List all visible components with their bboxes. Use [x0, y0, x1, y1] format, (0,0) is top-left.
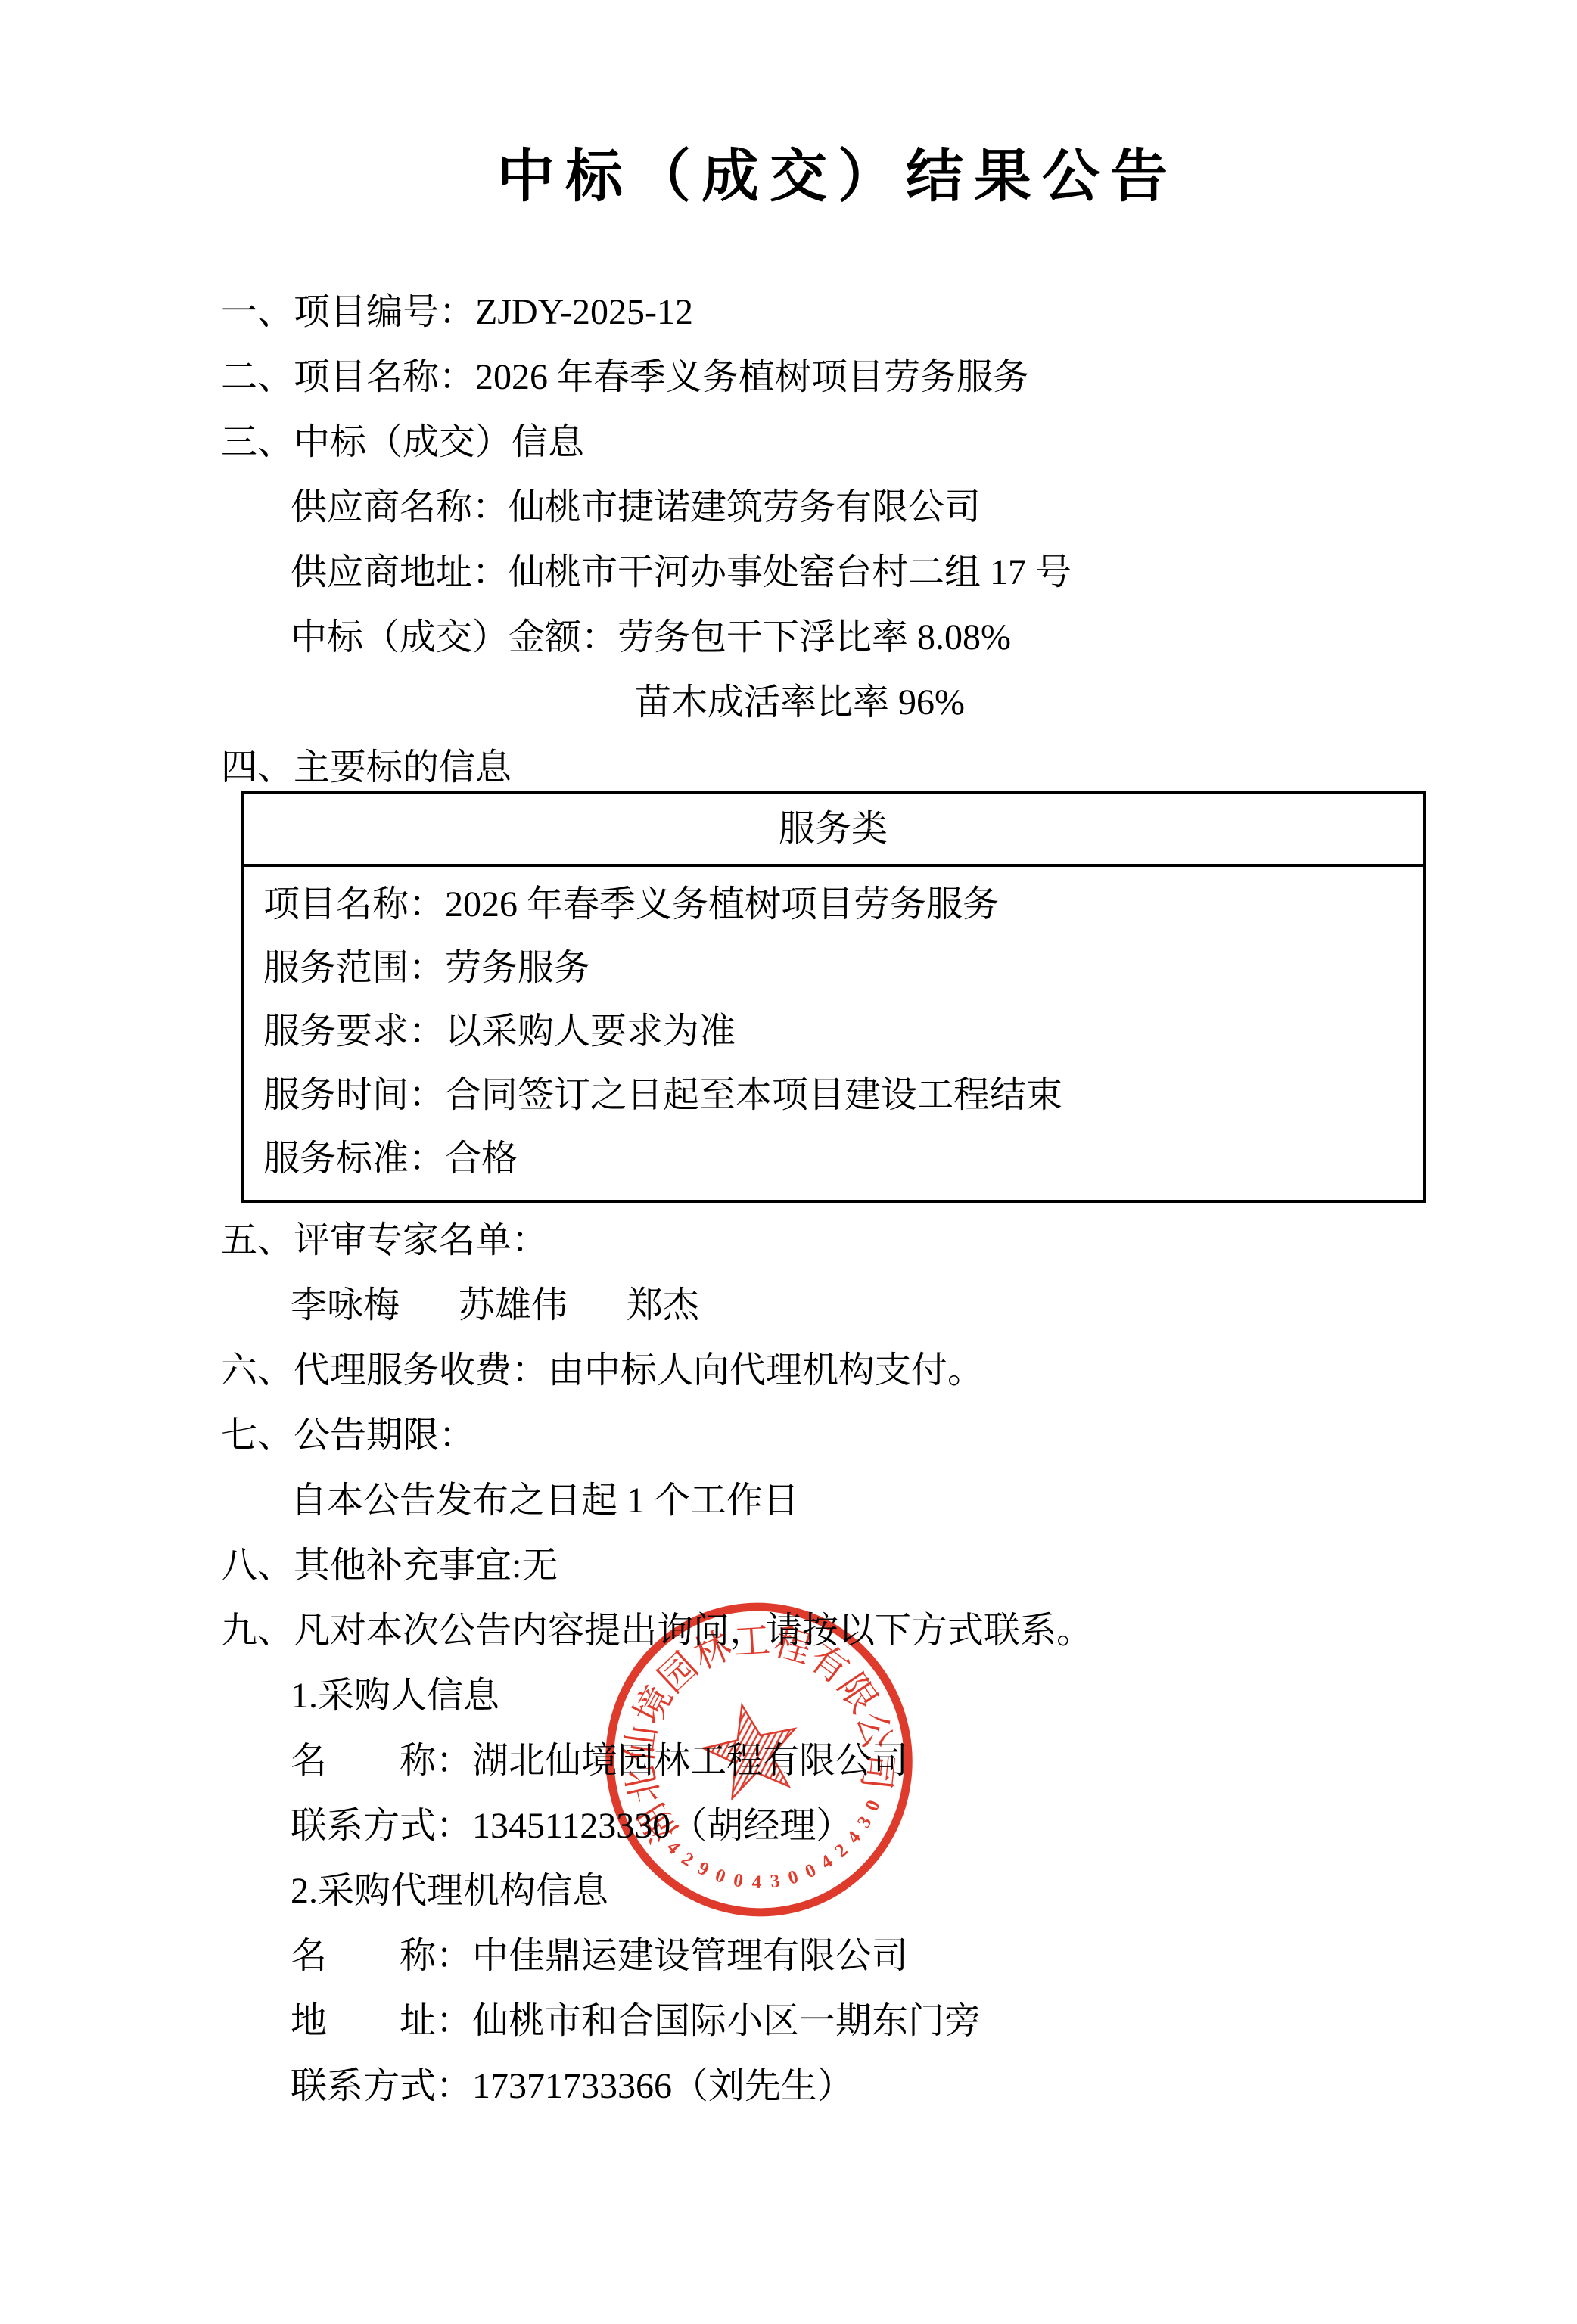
announcement-period-heading: 七、公告期限：	[221, 1403, 1463, 1468]
supplier-address-line: 供应商地址：仙桃市干河办事处窑台村二组 17 号	[221, 540, 1463, 605]
experts-heading: 五、评审专家名单：	[221, 1208, 1463, 1273]
page-title: 中标（成交）结果公告	[0, 0, 1577, 206]
announcement-period-line: 自本公告发布之日起 1 个工作日	[221, 1468, 1463, 1533]
agency-info-heading: 2.采购代理机构信息	[221, 1859, 1463, 1924]
expert-name: 郑杰	[627, 1273, 699, 1338]
service-info-table: 服务类 项目名称：2026 年春季义务植树项目劳务服务 服务范围：劳务服务 服务…	[241, 791, 1426, 1203]
agency-name-line: 名 称：中佳鼎运建设管理有限公司	[221, 1924, 1463, 1989]
buyer-info-heading: 1.采购人信息	[221, 1664, 1463, 1729]
table-header-service-category: 服务类	[244, 794, 1423, 867]
table-row: 服务要求：以采购人要求为准	[263, 1000, 1407, 1064]
award-amount-line: 中标（成交）金额：劳务包干下浮比率 8.08%	[221, 605, 1463, 670]
supplier-name-line: 供应商名称：仙桃市捷诺建筑劳务有限公司	[221, 475, 1463, 540]
document-body: 一、项目编号：ZJDY-2025-12 二、项目名称：2026 年春季义务植树项…	[221, 280, 1463, 2119]
expert-name: 李咏梅	[291, 1273, 400, 1338]
table-row: 服务范围：劳务服务	[263, 937, 1407, 1000]
table-body-cell: 项目名称：2026 年春季义务植树项目劳务服务 服务范围：劳务服务 服务要求：以…	[244, 867, 1423, 1200]
agency-address-line: 地 址：仙桃市和合国际小区一期东门旁	[221, 1989, 1463, 2054]
project-number-line: 一、项目编号：ZJDY-2025-12	[221, 280, 1463, 345]
table-row: 项目名称：2026 年春季义务植树项目劳务服务	[263, 873, 1407, 937]
experts-list: 李咏梅苏雄伟郑杰	[221, 1273, 1463, 1338]
agency-contact-line: 联系方式：17371733366（刘先生）	[221, 2054, 1463, 2119]
project-name-line: 二、项目名称：2026 年春季义务植树项目劳务服务	[221, 345, 1463, 410]
other-matters-line: 八、其他补充事宜:无	[221, 1533, 1463, 1599]
expert-name: 苏雄伟	[459, 1273, 568, 1338]
buyer-name-line: 名 称：湖北仙境园林工程有限公司	[221, 1729, 1463, 1794]
contact-intro-line: 九、凡对本次公告内容提出询问，请按以下方式联系。	[221, 1599, 1463, 1664]
buyer-contact-line: 联系方式：13451123330（胡经理）	[221, 1794, 1463, 1859]
lower-sections: 五、评审专家名单： 李咏梅苏雄伟郑杰 六、代理服务收费：由中标人向代理机构支付。…	[221, 1208, 1463, 2119]
award-info-heading: 三、中标（成交）信息	[221, 410, 1463, 475]
seedling-survival-rate-line: 苗木成活率比率 96%	[221, 670, 1463, 735]
table-row: 服务标准：合格	[263, 1127, 1407, 1191]
table-row: 服务时间：合同签订之日起至本项目建设工程结束	[263, 1064, 1407, 1127]
announcement-page: 中标（成交）结果公告 一、项目编号：ZJDY-2025-12 二、项目名称：20…	[0, 0, 1577, 2324]
agency-fee-line: 六、代理服务收费：由中标人向代理机构支付。	[221, 1338, 1463, 1403]
